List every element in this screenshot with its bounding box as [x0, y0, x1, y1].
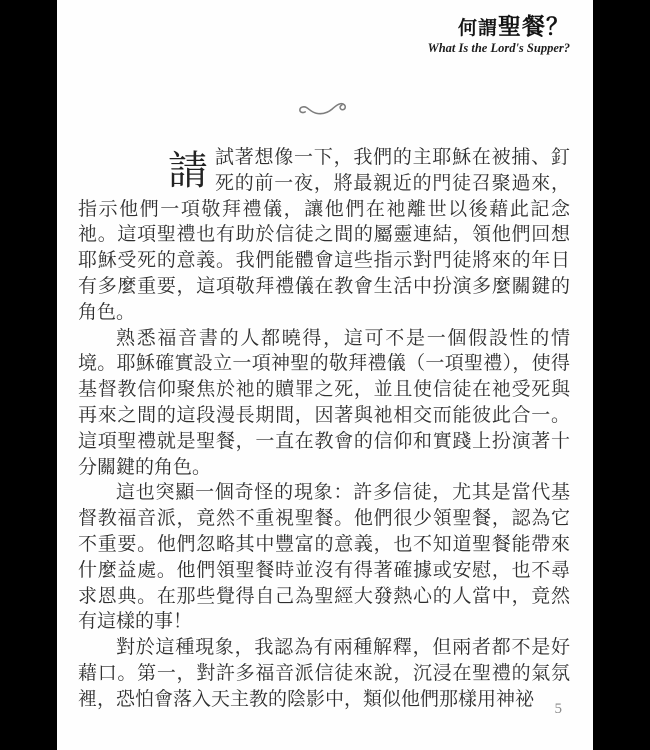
ornament-row	[57, 93, 593, 119]
paragraph-3: 這也突顯一個奇怪的現象：許多信徒，尤其是當代基督教福音派，竟然不重視聖餐。他們很…	[78, 480, 570, 635]
body-text-block: 請試著想像一下，我們的主耶穌在被捕、釘死的前一夜，將最親近的門徒召聚過來，指示他…	[78, 145, 570, 713]
running-head: 何謂聖餐？ What Is the Lord's Supper?	[428, 14, 570, 56]
chapter-title-en: What Is the Lord's Supper?	[428, 42, 570, 56]
book-page: 何謂聖餐？ What Is the Lord's Supper? 請試著想像一下…	[57, 0, 593, 750]
chapter-title-zh-prefix: 何謂	[458, 18, 498, 39]
swirl-flourish-icon	[298, 93, 352, 119]
book-page-scan: { "page": { "header": { "title_zh_prefix…	[0, 0, 650, 750]
chapter-title-zh: 何謂聖餐？	[428, 14, 570, 40]
chapter-title-zh-main: 聖餐？	[498, 14, 570, 39]
paragraph-4: 對於這種現象，我認為有兩種解釋，但兩者都不是好藉口。第一，對許多福音派信徒來說，…	[78, 635, 570, 712]
dropcap-glyph: 請	[168, 151, 208, 191]
paragraph-2: 熟悉福音書的人都曉得，這可不是一個假設性的情境。耶穌確實設立一項神聖的敬拜禮儀（…	[78, 326, 570, 481]
dropcap-box: 請	[78, 145, 215, 196]
paragraph-1: 請試著想像一下，我們的主耶穌在被捕、釘死的前一夜，將最親近的門徒召聚過來，指示他…	[78, 145, 570, 326]
page-number: 5	[555, 701, 563, 718]
